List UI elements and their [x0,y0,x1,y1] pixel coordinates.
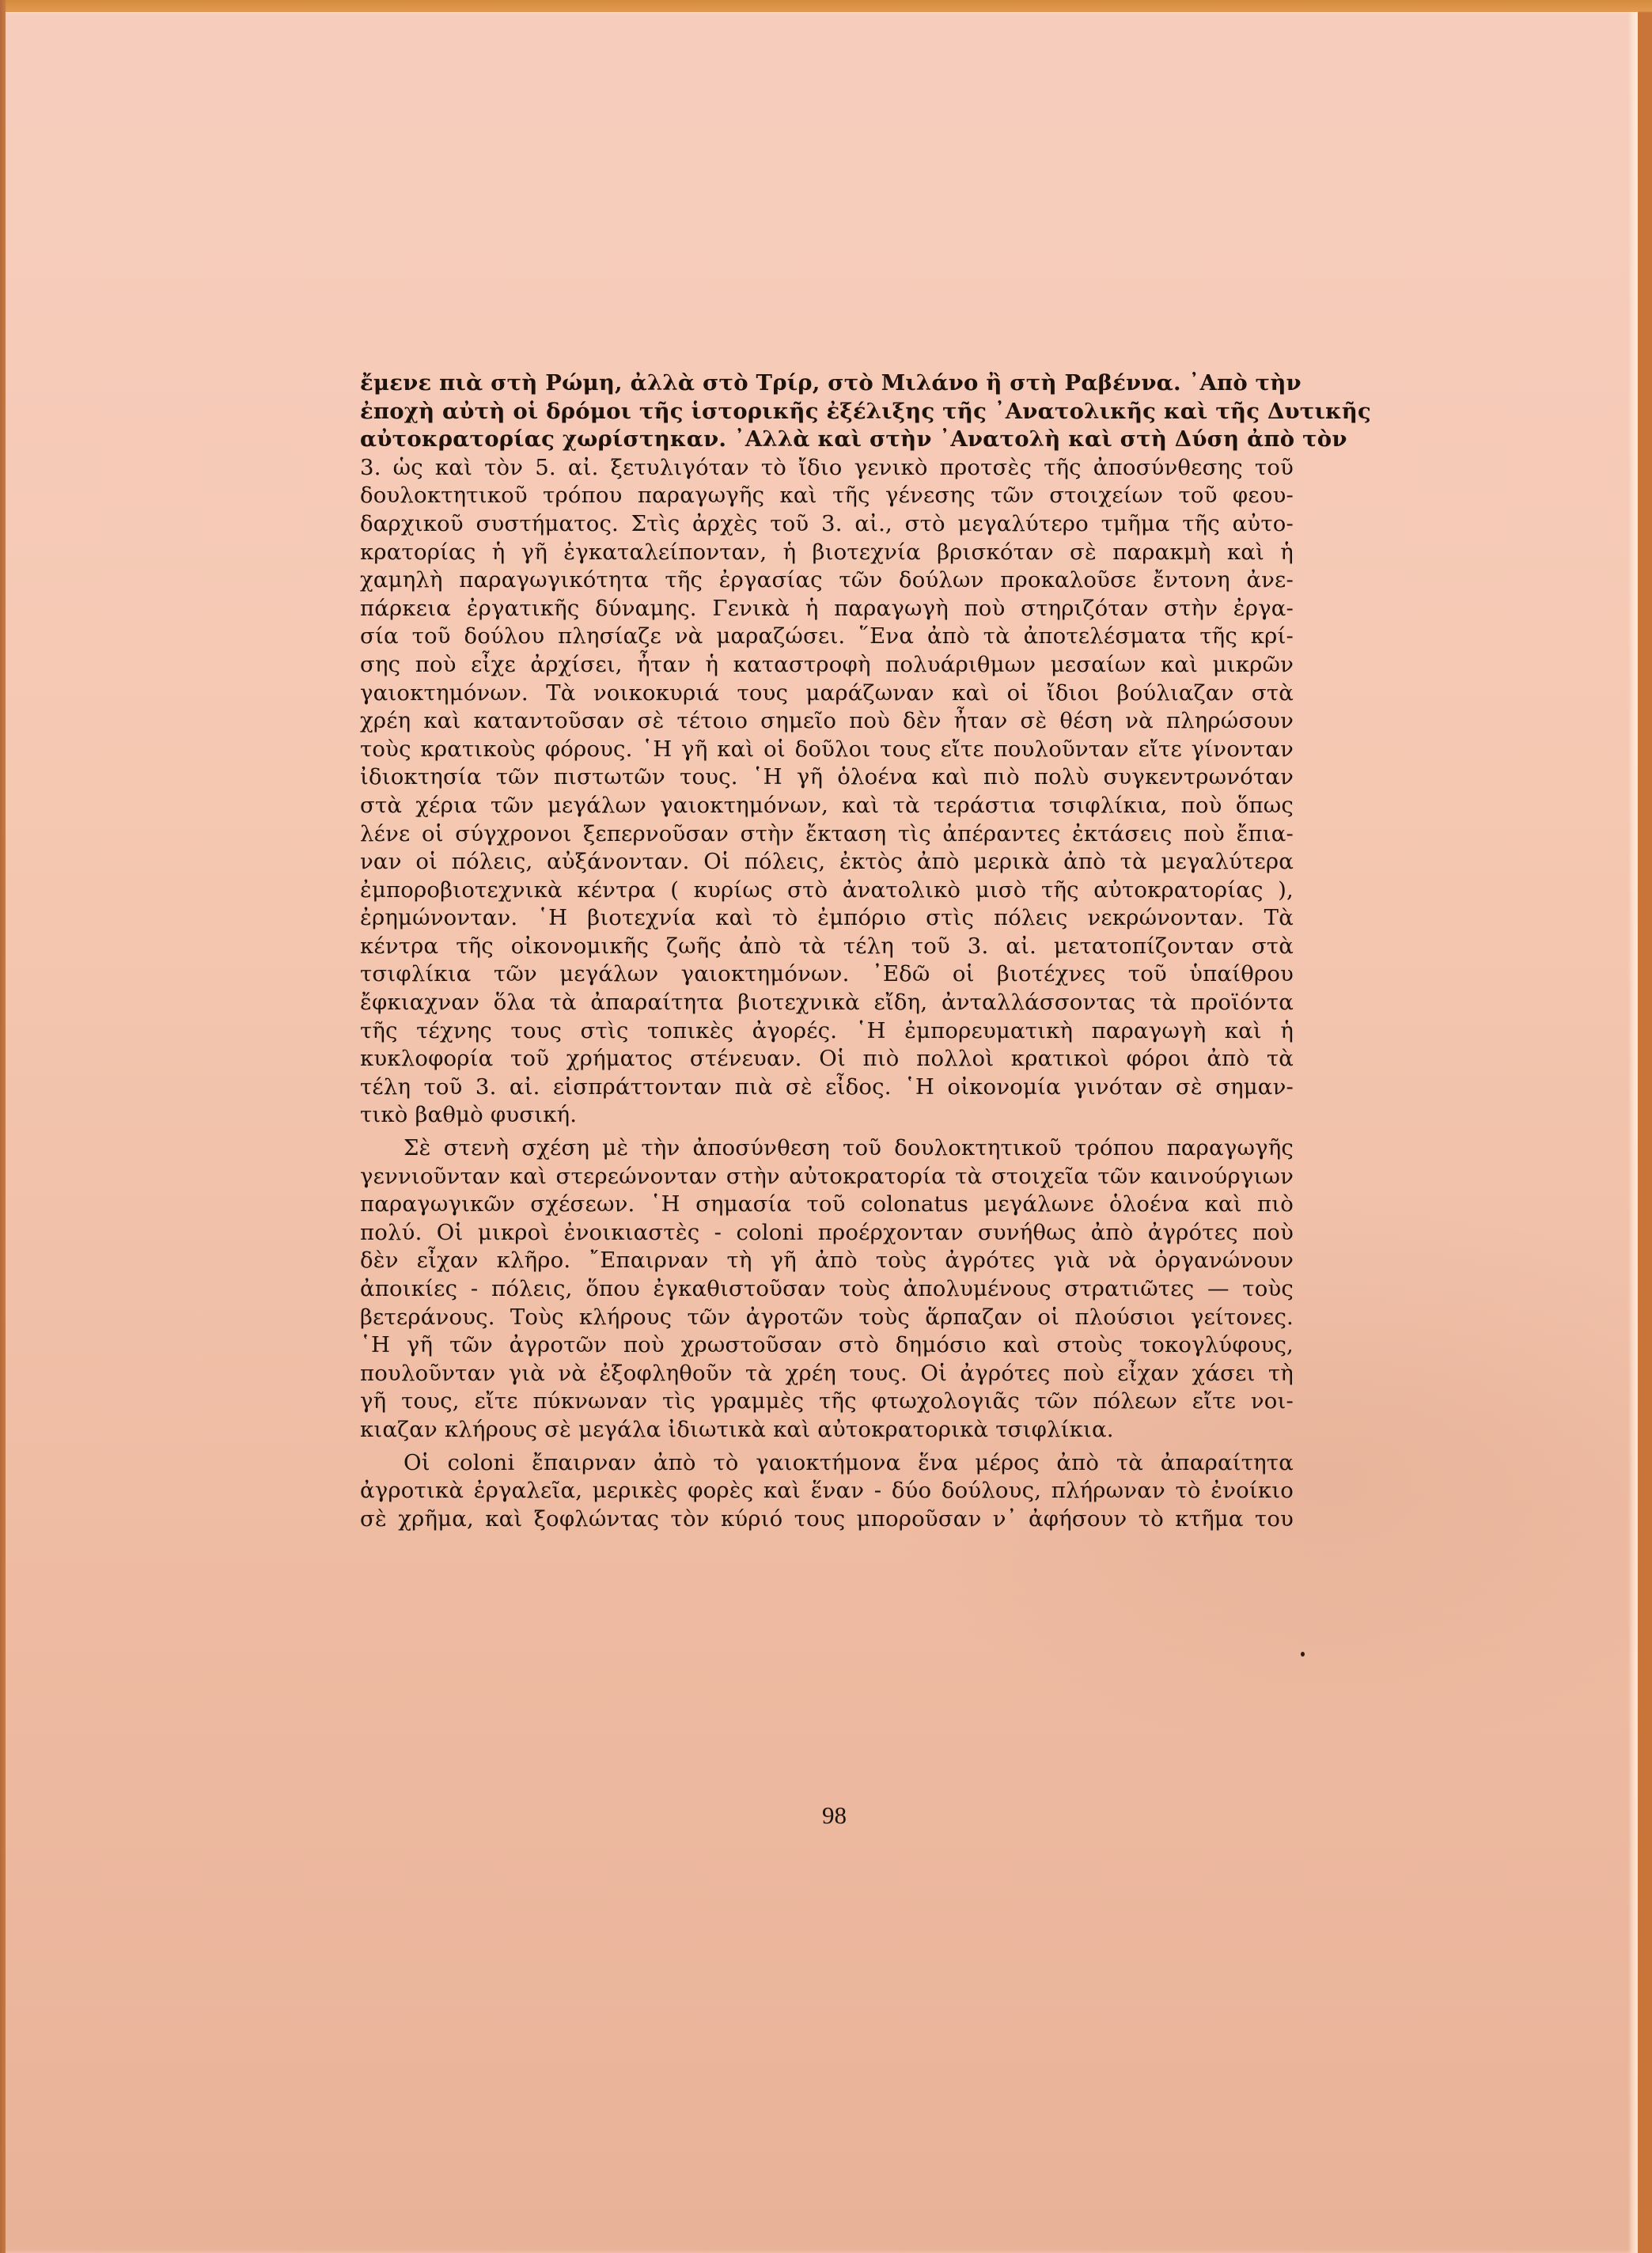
text-line: ἀγροτικὰ ἐργαλεῖα, μερικὲς φορὲς καὶ ἕνα… [360,1477,1294,1505]
text-line: τῆς τέχνης τους στὶς τοπικὲς ἀγορές. ῾Η … [360,1017,1294,1046]
text-line: ναν οἱ πόλεις, αὐξάνονταν. Οἱ πόλεις, ἐκ… [360,848,1294,877]
text-line: 3. ὡς καὶ τὸν 5. αἰ. ξετυλιγόταν τὸ ἴδιο… [360,454,1294,483]
page-number: 98 [822,1801,847,1830]
text-line: ἰδιοκτησία τῶν πιστωτῶν τους. ῾Η γῆ ὁλοέ… [360,763,1294,792]
paragraph-2: Σὲ στενὴ σχέση μὲ τὴν ἀποσύνθεση τοῦ δου… [360,1134,1294,1445]
text-line: πάρκεια ἐργατικῆς δύναμης. Γενικὰ ἡ παρα… [360,595,1294,623]
text-line: τέλη τοῦ 3. αἰ. εἰσπράττονταν πιὰ σὲ εἶδ… [360,1073,1294,1102]
body-text: ἔμενε πιὰ στὴ Ρώμη, ἀλλὰ στὸ Τρίρ, στὸ Μ… [360,369,1294,1533]
text-line: γῆ τους, εἴτε πύκνωναν τὶς γραμμὲς τῆς φ… [360,1388,1294,1416]
text-line: κέντρα τῆς οἰκονομικῆς ζωῆς ἀπὸ τὰ τέλη … [360,933,1294,961]
text-line: ἀποικίες - πόλεις, ὅπου ἐγκαθιστοῦσαν το… [360,1275,1294,1304]
photo-frame: ἔμενε πιὰ στὴ Ρώμη, ἀλλὰ στὸ Τρίρ, στὸ Μ… [0,0,1652,2253]
text-line: σης ποὺ εἶχε ἀρχίσει, ἦταν ἡ καταστροφὴ … [360,651,1294,680]
text-line: ἐρημώνονταν. ῾Η βιοτεχνία καὶ τὸ ἐμπόριο… [360,904,1294,933]
text-line: δουλοκτητικοῦ τρόπου παραγωγῆς καὶ τῆς γ… [360,482,1294,510]
text-line: τοὺς κρατικοὺς φόρους. ῾Η γῆ καὶ οἱ δοῦλ… [360,736,1294,764]
text-line: δαρχικοῦ συστήματος. Στὶς ἀρχὲς τοῦ 3. α… [360,510,1294,539]
text-line: ῾Η γῆ τῶν ἀγροτῶν ποὺ χρωστοῦσαν στὸ δημ… [360,1331,1294,1360]
text-line: πουλοῦνταν γιὰ νὰ ἐξοφληθοῦν τὰ χρέη του… [360,1360,1294,1388]
text-line: γαιοκτημόνων. Τὰ νοικοκυριά τους μαράζων… [360,680,1294,708]
text-line: Οἱ coloni ἔπαιρναν ἀπὸ τὸ γαιοκτήμονα ἕν… [360,1449,1294,1478]
text-line: δὲν εἶχαν κλῆρο. ῎Επαιρναν τὴ γῆ ἀπὸ τοὺ… [360,1247,1294,1275]
paragraph-3: Οἱ coloni ἔπαιρναν ἀπὸ τὸ γαιοκτήμονα ἕν… [360,1449,1294,1534]
text-line: ἔφκιαχναν ὅλα τὰ ἀπαραίτητα βιοτεχνικὰ ε… [360,989,1294,1017]
text-line: κρατορίας ἡ γῆ ἐγκαταλείπονταν, ἡ βιοτεχ… [360,539,1294,567]
text-line: γεννιοῦνταν καὶ στερεώνονταν στὴν αὐτοκρ… [360,1163,1294,1191]
text-line: κυκλοφορία τοῦ χρήματος στένευαν. Οἱ πιὸ… [360,1045,1294,1073]
text-line: Σὲ στενὴ σχέση μὲ τὴν ἀποσύνθεση τοῦ δου… [360,1134,1294,1163]
text-line: παραγωγικῶν σχέσεων. ῾Η σημασία τοῦ colo… [360,1191,1294,1219]
text-line: χρέη καὶ καταντοῦσαν σὲ τέτοιο σημεῖο πο… [360,707,1294,736]
ink-speck [1301,1652,1305,1657]
text-line: σὲ χρῆμα, καὶ ξοφλώντας τὸν κύριό τους μ… [360,1505,1294,1534]
text-line: λένε οἱ σύγχρονοι ξεπερνοῦσαν στὴν ἔκτασ… [360,820,1294,849]
text-line: πολύ. Οἱ μικροὶ ἐνοικιαστὲς - coloni προ… [360,1219,1294,1248]
text-line: αὐτοκρατορίας χωρίστηκαν. ᾿Αλλὰ καὶ στὴν… [360,426,1294,454]
book-page: ἔμενε πιὰ στὴ Ρώμη, ἀλλὰ στὸ Τρίρ, στὸ Μ… [6,12,1638,2253]
text-line: ἔμενε πιὰ στὴ Ρώμη, ἀλλὰ στὸ Τρίρ, στὸ Μ… [360,369,1294,398]
text-line: ἐποχὴ αὐτὴ οἱ δρόμοι τῆς ἱστορικῆς ἐξέλι… [360,398,1294,426]
text-line: στὰ χέρια τῶν μεγάλων γαιοκτημόνων, καὶ … [360,792,1294,820]
text-line: χαμηλὴ παραγωγικότητα τῆς ἐργασίας τῶν δ… [360,566,1294,595]
text-line: τικὸ βαθμὸ φυσική. [360,1101,1294,1130]
paragraph-1: ἔμενε πιὰ στὴ Ρώμη, ἀλλὰ στὸ Τρίρ, στὸ Μ… [360,369,1294,1130]
text-line: τσιφλίκια τῶν μεγάλων γαιοκτημόνων. ᾿Εδῶ… [360,960,1294,989]
text-line: βετεράνους. Τοὺς κλήρους τῶν ἀγροτῶν τοὺ… [360,1304,1294,1332]
text-line: κιαζαν κλήρους σὲ μεγάλα ἰδιωτικὰ καὶ αὐ… [360,1416,1294,1445]
text-line: σία τοῦ δούλου πλησίαζε νὰ μαραζώσει. ῞Ε… [360,623,1294,651]
text-line: ἐμποροβιοτεχνικὰ κέντρα ( κυρίως στὸ ἀνα… [360,877,1294,905]
